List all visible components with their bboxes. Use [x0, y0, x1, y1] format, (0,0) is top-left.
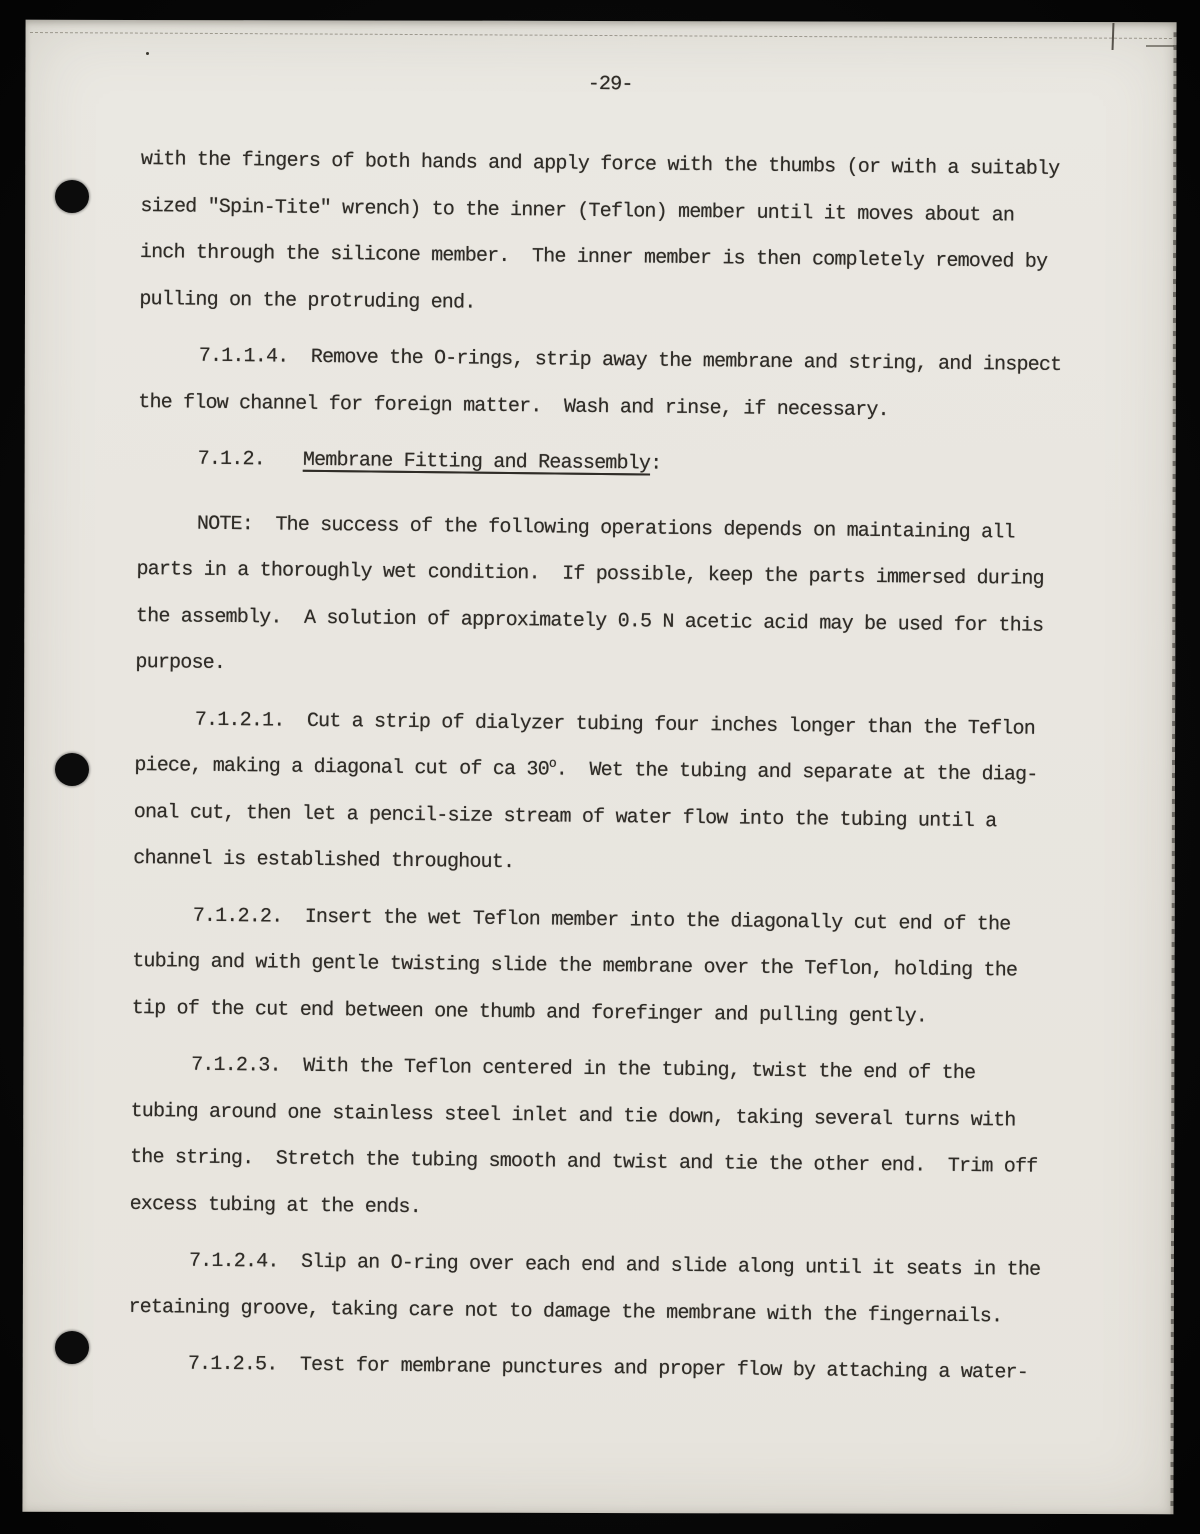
paragraph: 7.1.2.2. Insert the wet Teflon member in…	[131, 892, 1100, 1042]
text-line: retaining groove, taking care not to dam…	[128, 1284, 1096, 1341]
hole-punch	[55, 1331, 89, 1364]
section-title: Membrane Fitting and Reassembly	[303, 449, 650, 476]
scan-background: -29- with the fingers of both hands and …	[0, 0, 1200, 1534]
paragraph: 7.1.2.4. Slip an O-ring over each end an…	[128, 1238, 1097, 1341]
ink-speckles	[146, 52, 149, 55]
hole-punch	[55, 753, 89, 786]
hole-punch	[55, 180, 89, 213]
document-body: with the fingers of both hands and apply…	[128, 60, 1110, 1398]
paragraph: 7.1.1.4. Remove the O-rings, strip away …	[138, 333, 1107, 436]
paragraph: with the fingers of both hands and apply…	[139, 137, 1109, 333]
section-number: 7.1.2.	[198, 448, 265, 472]
typed-content: -29- with the fingers of both hands and …	[128, 60, 1110, 1398]
section-title-suffix: :	[650, 453, 661, 476]
paragraph: 7.1.2.3. With the Teflon centered in the…	[129, 1042, 1099, 1238]
section-heading: 7.1.2.Membrane Fitting and Reassembly:	[137, 436, 1105, 493]
scan-artifact-mark	[1146, 45, 1174, 47]
page-number: -29-	[588, 73, 633, 96]
paragraph: 7.1.2.1. Cut a strip of dialyzer tubing …	[133, 696, 1103, 892]
paragraph: NOTE: The success of the following opera…	[135, 500, 1105, 696]
